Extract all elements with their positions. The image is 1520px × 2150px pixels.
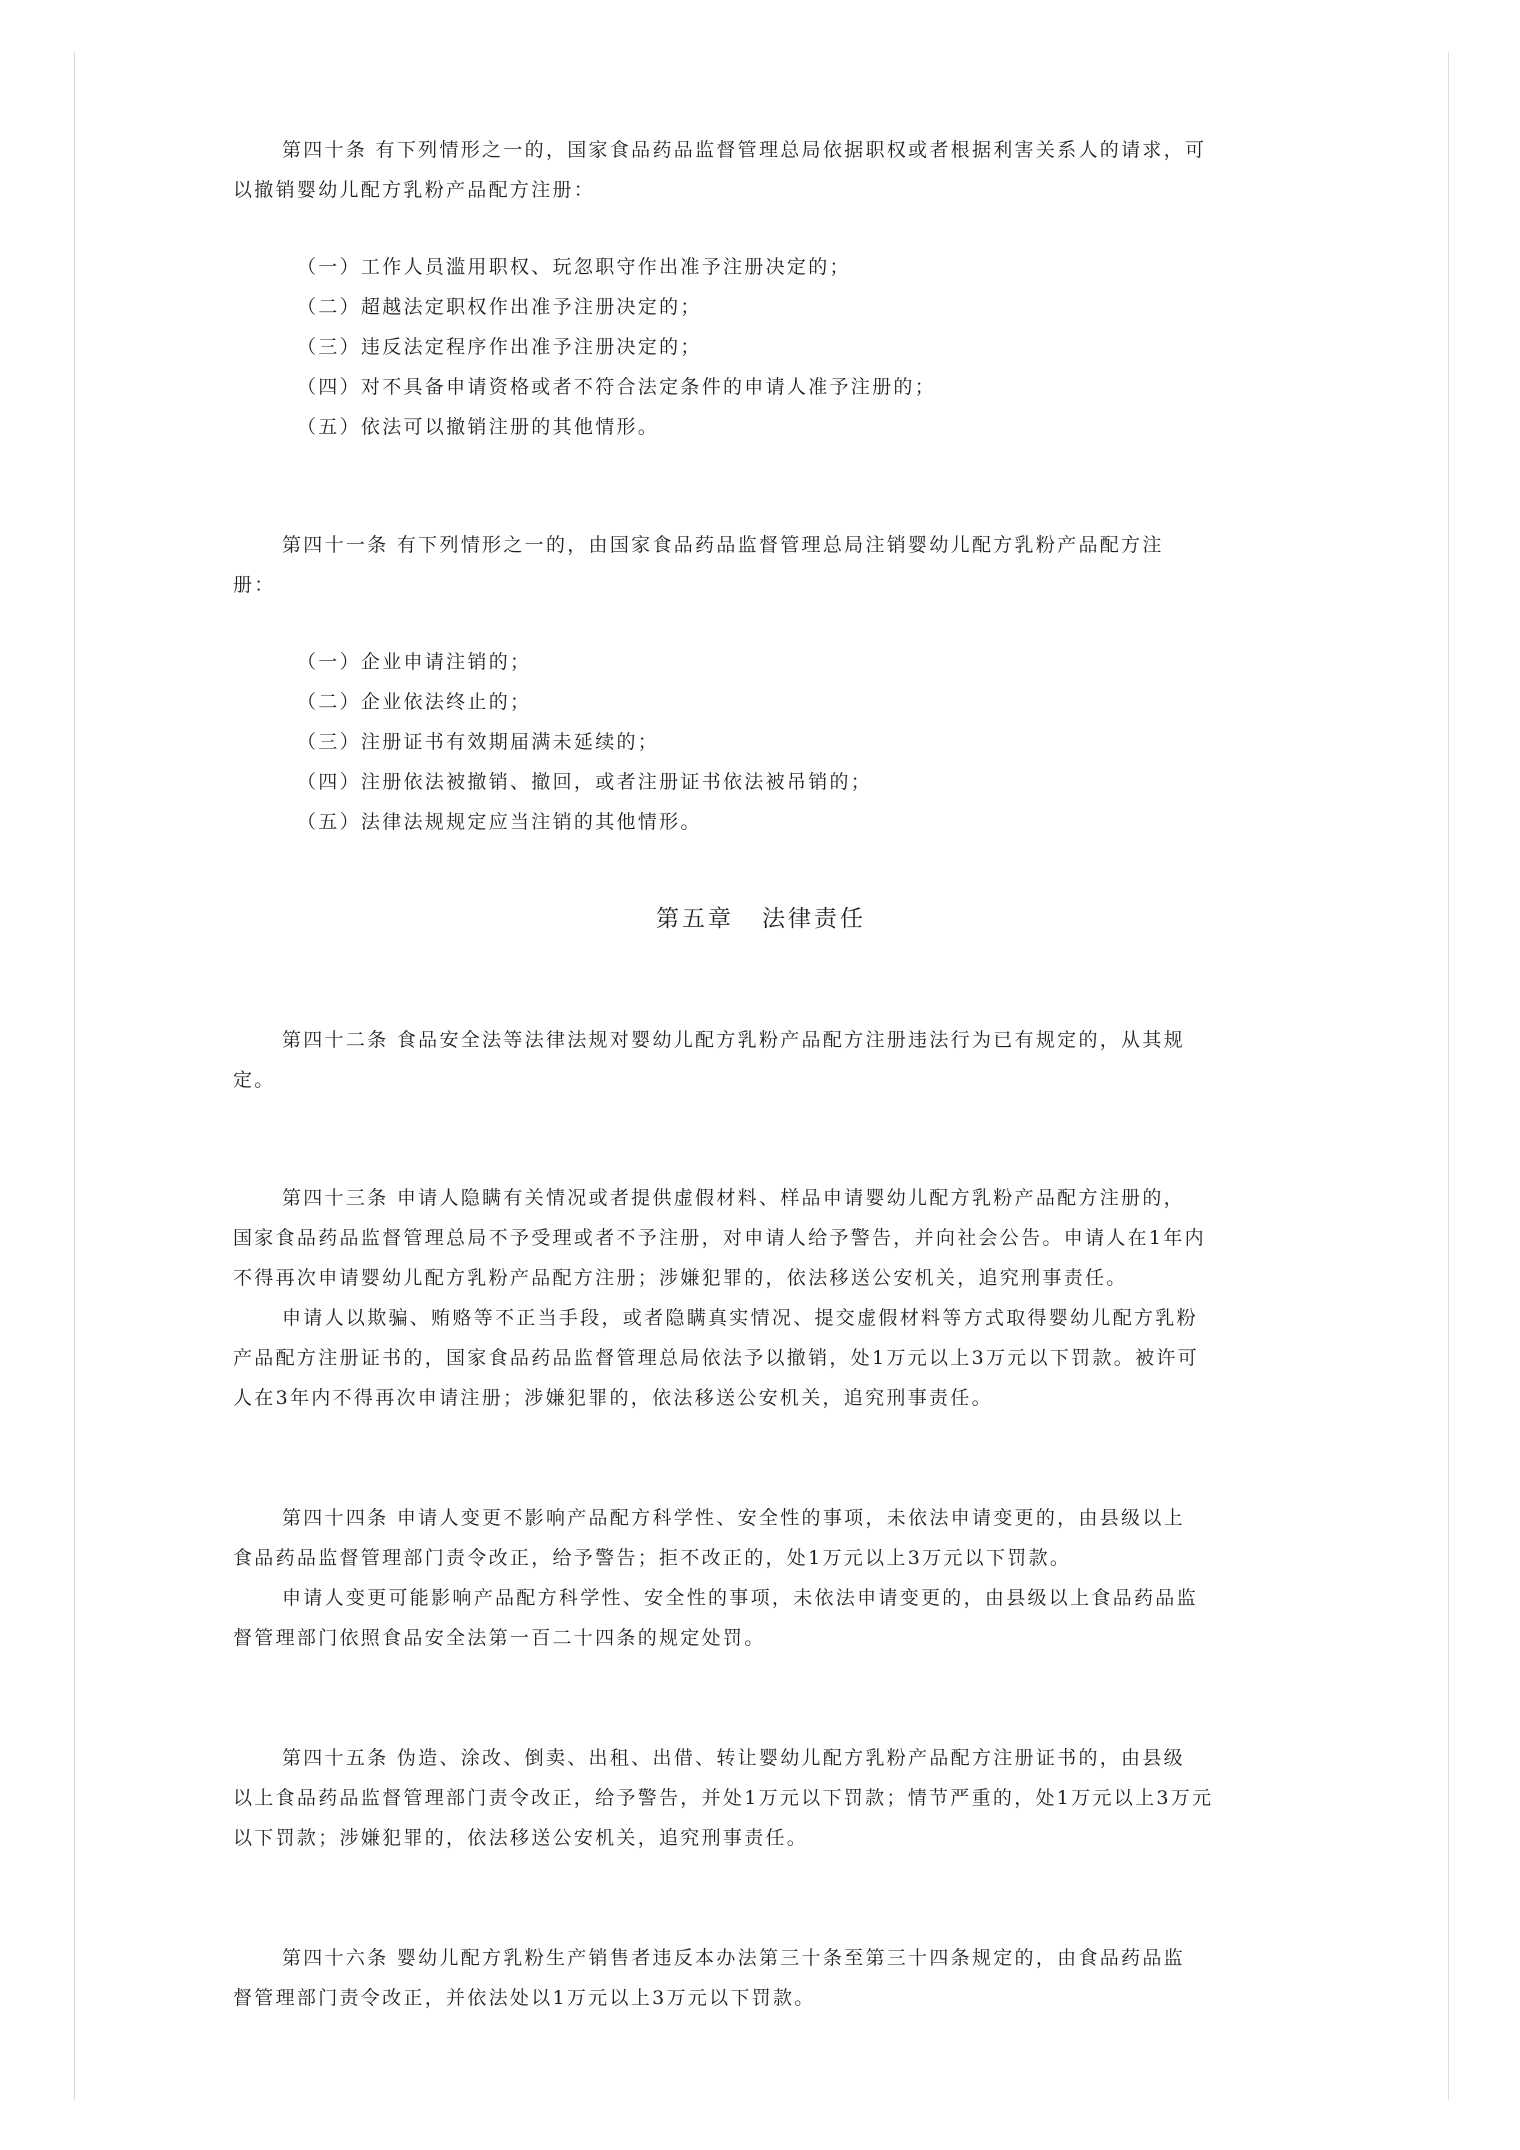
list-item: （五）依法可以撤销注册的其他情形。: [297, 414, 659, 440]
page-border-left: [74, 52, 75, 2100]
list-item: （一）工作人员滥用职权、玩忽职守作出准予注册决定的；: [297, 254, 851, 280]
list-item: （四）对不具备申请资格或者不符合法定条件的申请人准予注册的；: [297, 374, 936, 400]
list-item: （五）法律法规规定应当注销的其他情形。: [297, 809, 702, 835]
article-text-line: 申请人变更可能影响产品配方科学性、安全性的事项，未依法申请变更的，由县级以上食品…: [282, 1585, 1198, 1611]
article-text-line: 定。: [233, 1067, 276, 1093]
article-text-line: 食品药品监督管理部门责令改正，给予警告；拒不改正的，处1万元以上3万元以下罚款。: [233, 1545, 1071, 1571]
chapter-heading: 第五章法律责任: [0, 904, 1520, 934]
article-text-line: 以撤销婴幼儿配方乳粉产品配方注册：: [233, 177, 595, 203]
chapter-title: 法律责任: [762, 906, 866, 932]
article-text-line: 国家食品药品监督管理总局不予受理或者不予注册，对申请人给予警告，并向社会公告。申…: [233, 1225, 1206, 1251]
article-text-line: 第四十一条 有下列情形之一的，由国家食品药品监督管理总局注销婴幼儿配方乳粉产品配…: [282, 532, 1164, 558]
article-text-line: 以下罚款；涉嫌犯罪的，依法移送公安机关，追究刑事责任。: [233, 1825, 808, 1851]
list-item: （二）企业依法终止的；: [297, 689, 531, 715]
article-text-line: 申请人以欺骗、贿赂等不正当手段，或者隐瞒真实情况、提交虚假材料等方式取得婴幼儿配…: [282, 1305, 1198, 1331]
list-item: （三）违反法定程序作出准予注册决定的；: [297, 334, 702, 360]
article-text-line: 督管理部门依照食品安全法第一百二十四条的规定处罚。: [233, 1625, 766, 1651]
article-text-line: 第四十五条 伪造、涂改、倒卖、出租、出借、转让婴幼儿配方乳粉产品配方注册证书的，…: [282, 1745, 1185, 1771]
article-text-line: 督管理部门责令改正，并依法处以1万元以上3万元以下罚款。: [233, 1985, 816, 2011]
list-item: （四）注册依法被撤销、撤回，或者注册证书依法被吊销的；: [297, 769, 872, 795]
chapter-number: 第五章: [656, 906, 734, 932]
list-item: （一）企业申请注销的；: [297, 649, 531, 675]
article-text-line: 第四十条 有下列情形之一的，国家食品药品监督管理总局依据职权或者根据利害关系人的…: [282, 137, 1206, 163]
article-text-line: 第四十二条 食品安全法等法律法规对婴幼儿配方乳粉产品配方注册违法行为已有规定的，…: [282, 1027, 1185, 1053]
document-page: 第四十条 有下列情形之一的，国家食品药品监督管理总局依据职权或者根据利害关系人的…: [0, 0, 1520, 2150]
article-text-line: 人在3年内不得再次申请注册；涉嫌犯罪的，依法移送公安机关，追究刑事责任。: [233, 1385, 993, 1411]
list-item: （三）注册证书有效期届满未延续的；: [297, 729, 659, 755]
article-text-line: 产品配方注册证书的，国家食品药品监督管理总局依法予以撤销，处1万元以上3万元以下…: [233, 1345, 1199, 1371]
list-item: （二）超越法定职权作出准予注册决定的；: [297, 294, 702, 320]
article-text-line: 以上食品药品监督管理部门责令改正，给予警告，并处1万元以下罚款；情节严重的，处1…: [233, 1785, 1213, 1811]
article-text-line: 不得再次申请婴幼儿配方乳粉产品配方注册；涉嫌犯罪的，依法移送公安机关，追究刑事责…: [233, 1265, 1128, 1291]
article-text-line: 第四十三条 申请人隐瞒有关情况或者提供虚假材料、样品申请婴幼儿配方乳粉产品配方注…: [282, 1185, 1185, 1211]
article-text-line: 第四十四条 申请人变更不影响产品配方科学性、安全性的事项，未依法申请变更的，由县…: [282, 1505, 1185, 1531]
page-border-right: [1448, 52, 1449, 2100]
article-text-line: 第四十六条 婴幼儿配方乳粉生产销售者违反本办法第三十条至第三十四条规定的，由食品…: [282, 1945, 1185, 1971]
article-text-line: 册：: [233, 572, 276, 598]
